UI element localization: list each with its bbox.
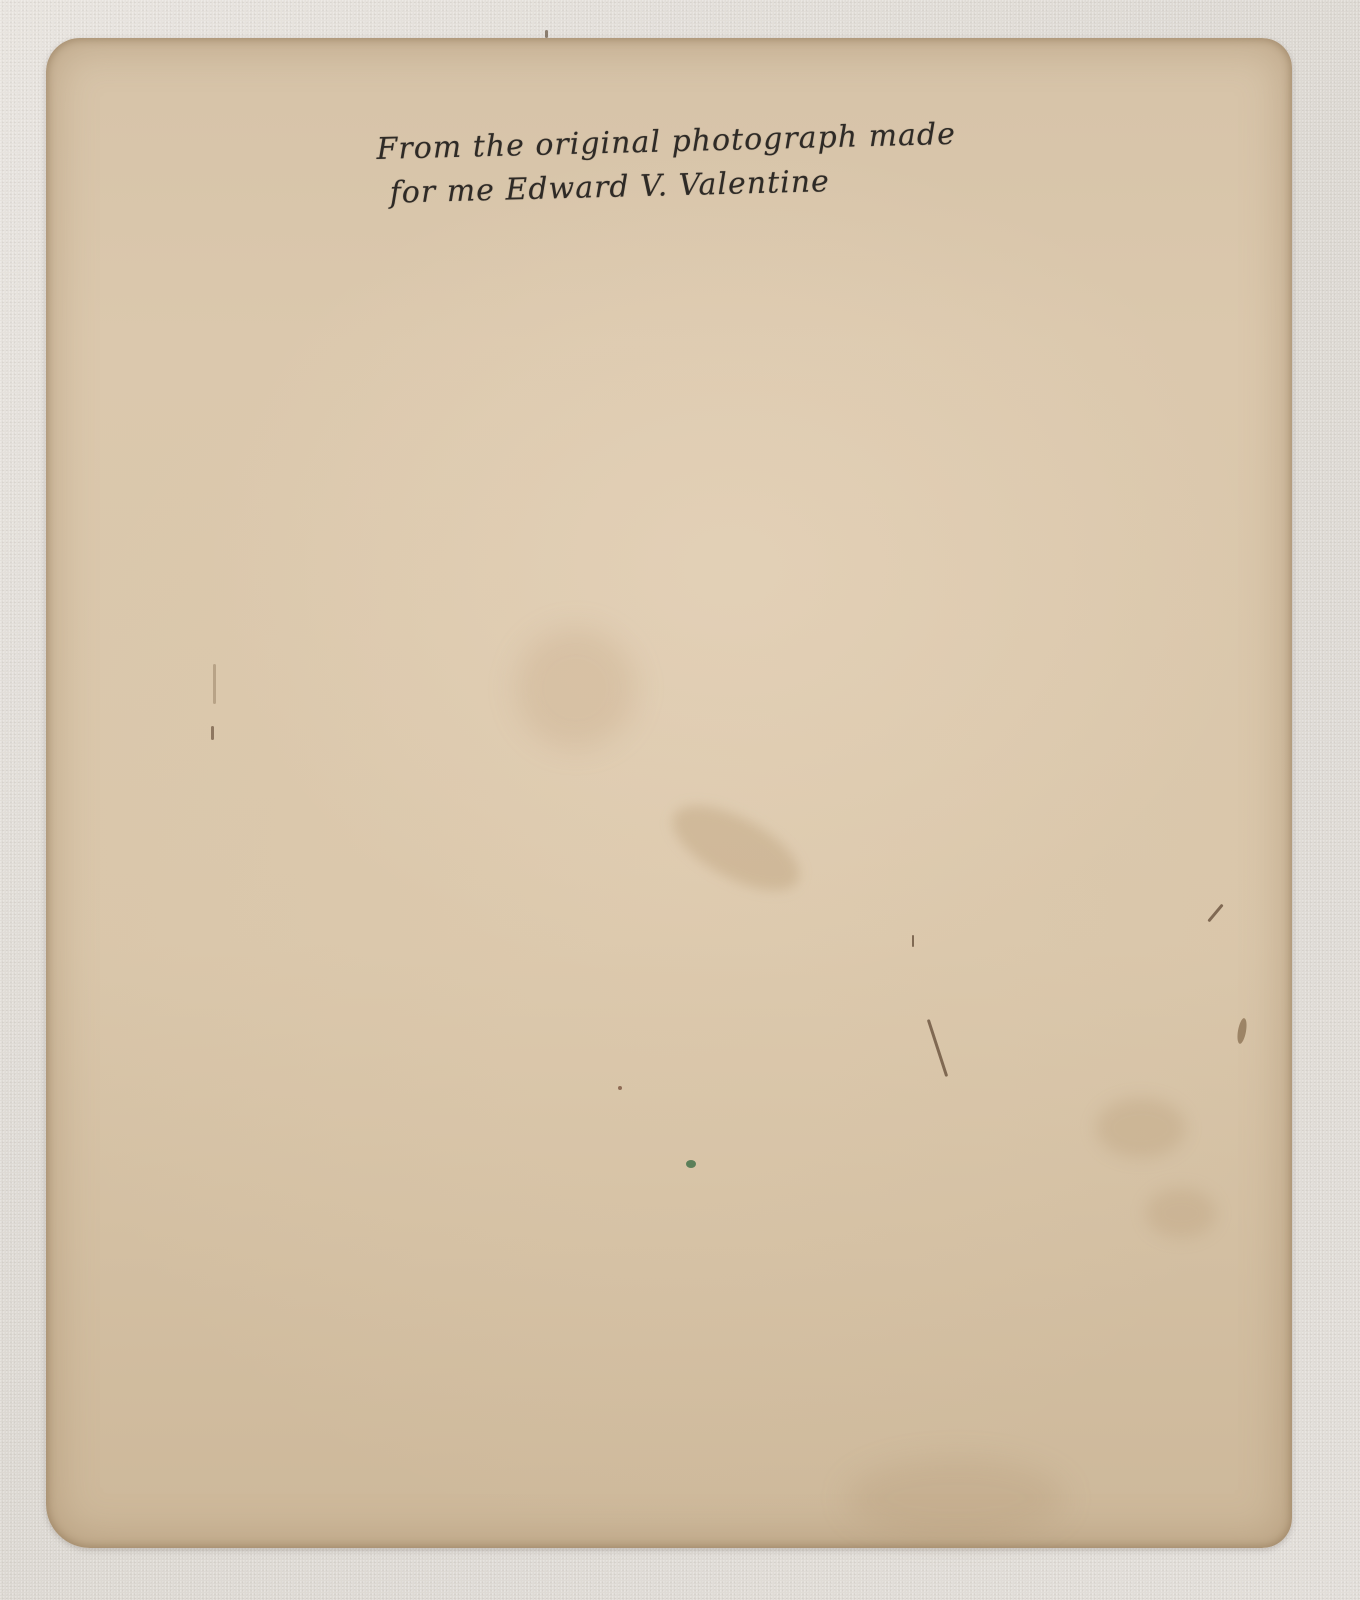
- card-back: [46, 38, 1292, 1548]
- photo-background: { "document": { "type": "antique photogr…: [0, 0, 1360, 1600]
- stain: [1096, 1098, 1186, 1158]
- edge-nick: [545, 30, 548, 38]
- stain: [660, 789, 812, 908]
- stain: [846, 1458, 1066, 1538]
- stain: [516, 628, 636, 748]
- handwritten-inscription: From the original photograph made for me…: [376, 113, 958, 216]
- stain: [1146, 1188, 1216, 1238]
